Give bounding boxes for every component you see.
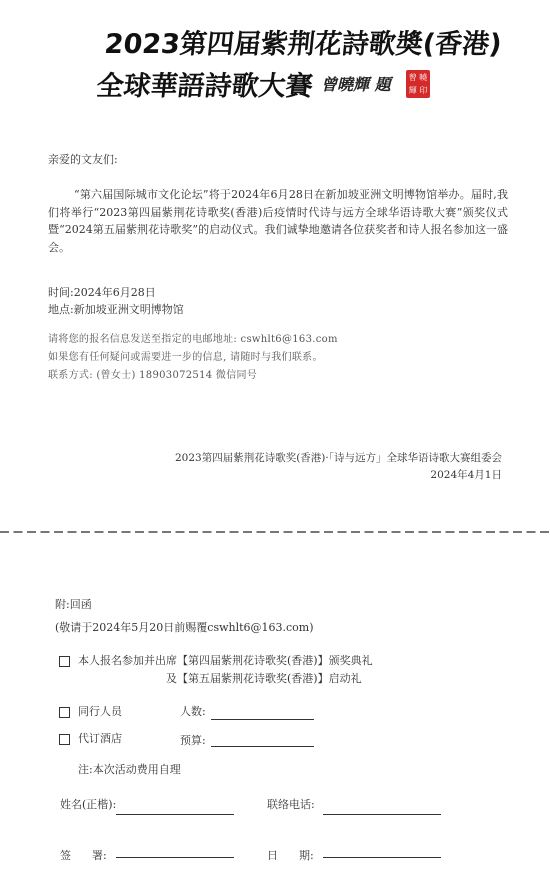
companions-checkbox[interactable]: [59, 707, 70, 718]
name-field[interactable]: [116, 814, 234, 815]
cost-note: 注:本次活动费用自理: [78, 762, 181, 778]
name-label: 姓名(正楷):: [60, 797, 116, 813]
seal-char: 印: [419, 85, 429, 97]
letter-date: 2024年4月1日: [430, 467, 502, 483]
calligraphy-title: 2023第四届紫荆花詩歌奬(香港) 全球華語詩歌大賽 曾曉輝 題 曾 曉 輝 印: [95, 18, 475, 113]
attend-option-label: 本人报名参加并出席【第四届紫荆花诗歌奖(香港)】颁奖典礼: [78, 653, 373, 669]
phone-label: 联络电话:: [267, 797, 315, 813]
title-line-1: 2023第四届紫荆花詩歌奬(香港): [103, 22, 504, 61]
signature-field[interactable]: [116, 857, 234, 858]
attend-option-label-cont: 及【第五届紫荆花诗歌奖(香港)】启动礼: [166, 671, 362, 687]
event-time: 时间:2024年6月28日: [48, 285, 156, 301]
event-place: 地点:新加坡亚洲文明博物馆: [48, 302, 184, 318]
date-field[interactable]: [323, 857, 441, 858]
companions-option-label: 同行人员: [78, 704, 122, 720]
contact-phone-line: 联系方式: (曾女士) 18903072514 微信同号: [48, 368, 257, 384]
date-label: 日 期:: [267, 848, 314, 864]
title-line-2: 全球華語詩歌大賽: [95, 64, 315, 103]
contact-help-line: 如果您有任何疑问或需要进一步的信息, 请随时与我们联系。: [48, 350, 323, 366]
seal-char: 曾: [408, 72, 418, 84]
hotel-budget-field[interactable]: [211, 746, 314, 747]
hotel-option-label: 代订酒店: [78, 731, 122, 747]
seal-char: 輝: [408, 85, 418, 97]
contact-email-line: 请将您的报名信息发送至指定的电邮地址: cswhlt6@163.com: [48, 332, 338, 348]
organizer-signature: 2023第四届紫荆花诗歌奖(香港)·「诗与远方」全球华语诗歌大赛组委会: [175, 450, 502, 466]
reply-deadline-note: (敬请于2024年5月20日前赐覆cswhlt6@163.com): [55, 620, 314, 636]
signature-label: 签 署:: [60, 848, 107, 864]
dashed-cut-line: [0, 531, 550, 533]
hotel-checkbox[interactable]: [59, 734, 70, 745]
companions-count-field[interactable]: [211, 719, 314, 720]
companions-count-label: 人数:: [180, 704, 206, 720]
attend-checkbox[interactable]: [59, 656, 70, 667]
calligrapher-signature: 曾曉輝 題: [321, 72, 391, 95]
invitation-paragraph: “第六届国际城市文化论坛”将于2024年6月28日在新加坡亚洲文明博物馆举办。届…: [48, 186, 508, 256]
phone-field[interactable]: [323, 814, 441, 815]
red-seal-stamp-icon: 曾 曉 輝 印: [406, 70, 430, 98]
reply-form-title: 附:回函: [55, 597, 92, 613]
seal-char: 曉: [419, 72, 429, 84]
hotel-budget-label: 预算:: [180, 733, 206, 749]
greeting: 亲爱的文友们:: [48, 152, 118, 168]
